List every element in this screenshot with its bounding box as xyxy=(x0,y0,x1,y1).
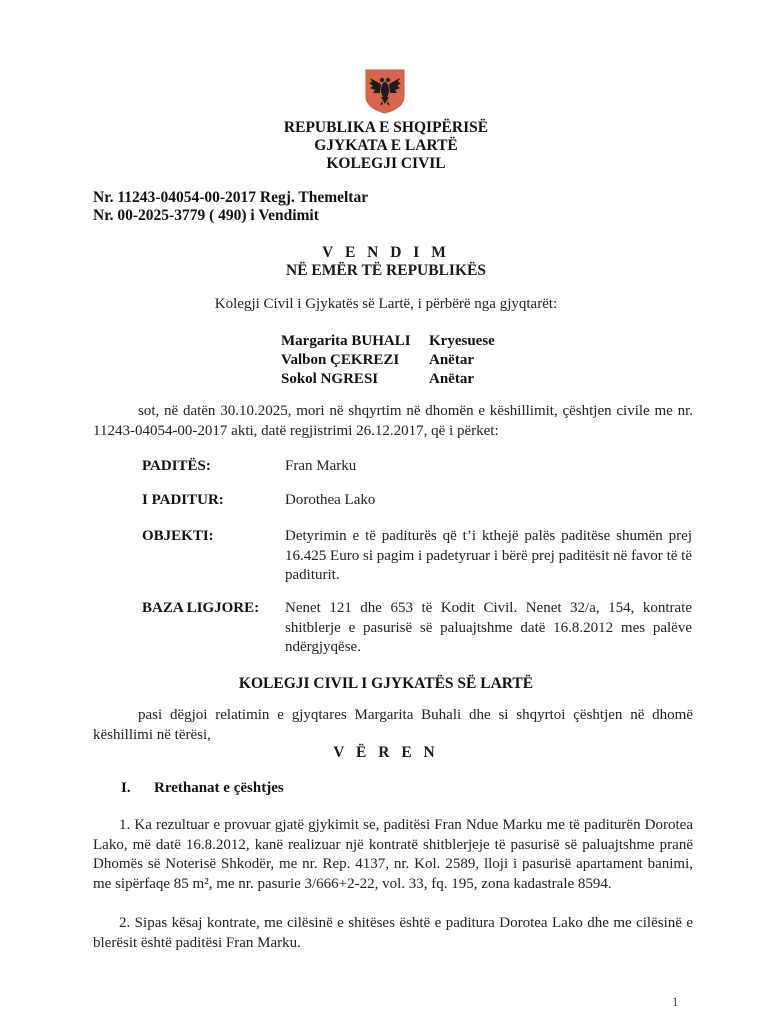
decision-number: Nr. 00-2025-3779 ( 490) i Vendimit xyxy=(93,207,368,225)
judge-role: Anëtar xyxy=(429,370,474,389)
college-heading: KOLEGJI CIVIL I GJYKATËS SË LARTË xyxy=(0,675,772,693)
party-label: OBJEKTI: xyxy=(142,527,285,586)
document-page: REPUBLIKA E SHQIPËRISË GJYKATA E LARTË K… xyxy=(0,0,772,1024)
judge-role: Kryesuese xyxy=(429,332,495,351)
intro-text: Kolegji Civil i Gjykatës së Lartë, i për… xyxy=(0,296,772,313)
header-republic: REPUBLIKA E SHQIPËRISË xyxy=(0,119,772,137)
judge-name: Valbon ÇEKREZI xyxy=(281,351,429,370)
paragraph-1: 1. Ka rezultuar e provuar gjatë gjykimit… xyxy=(93,816,693,894)
decision-title: V E N D I M xyxy=(0,244,772,262)
party-value: Nenet 121 dhe 653 të Kodit Civil. Nenet … xyxy=(285,599,692,658)
judge-name: Sokol NGRESI xyxy=(281,370,429,389)
judges-panel: Margarita BUHALI Kryesuese Valbon ÇEKREZ… xyxy=(281,332,495,389)
party-label: PADITËS: xyxy=(142,457,285,477)
party-plaintiff: PADITËS: Fran Marku xyxy=(142,457,692,477)
hearing-paragraph: pasi dëgjoi relatimin e gjyqtares Margar… xyxy=(93,706,693,745)
section-number: I. xyxy=(121,780,154,797)
judge-name: Margarita BUHALI xyxy=(281,332,429,351)
party-value: Dorothea Lako xyxy=(285,491,692,511)
judge-row: Sokol NGRESI Anëtar xyxy=(281,370,495,389)
party-defendant: I PADITUR: Dorothea Lako xyxy=(142,491,692,511)
header-college: KOLEGJI CIVIL xyxy=(0,155,772,173)
judge-role: Anëtar xyxy=(429,351,474,370)
party-legal-basis: BAZA LIGJORE: Nenet 121 dhe 653 të Kodit… xyxy=(142,599,692,658)
header-court: GJYKATA E LARTË xyxy=(0,137,772,155)
party-label: I PADITUR: xyxy=(142,491,285,511)
page-number: 1 xyxy=(672,994,679,1010)
party-value: Fran Marku xyxy=(285,457,692,477)
observes-heading: V Ë R E N xyxy=(0,744,772,762)
judge-row: Valbon ÇEKREZI Anëtar xyxy=(281,351,495,370)
section-title: Rrethanat e çështjes xyxy=(154,780,284,797)
paragraph-2: 2. Sipas kësaj kontrate, me cilësinë e s… xyxy=(93,914,693,953)
section-heading: I. Rrethanat e çështjes xyxy=(121,780,284,797)
party-value: Detyrimin e të paditurës që t’i kthejë p… xyxy=(285,527,692,586)
party-object: OBJEKTI: Detyrimin e të paditurës që t’i… xyxy=(142,527,692,586)
registry-number: Nr. 11243-04054-00-2017 Regj. Themeltar xyxy=(93,189,368,207)
reference-numbers: Nr. 11243-04054-00-2017 Regj. Themeltar … xyxy=(93,189,368,225)
judge-row: Margarita BUHALI Kryesuese xyxy=(281,332,495,351)
party-label: BAZA LIGJORE: xyxy=(142,599,285,658)
decision-subtitle: NË EMËR TË REPUBLIKËS xyxy=(0,262,772,280)
session-paragraph: sot, në datën 30.10.2025, mori në shqyrt… xyxy=(93,402,693,441)
albanian-coat-of-arms-icon xyxy=(364,68,406,114)
